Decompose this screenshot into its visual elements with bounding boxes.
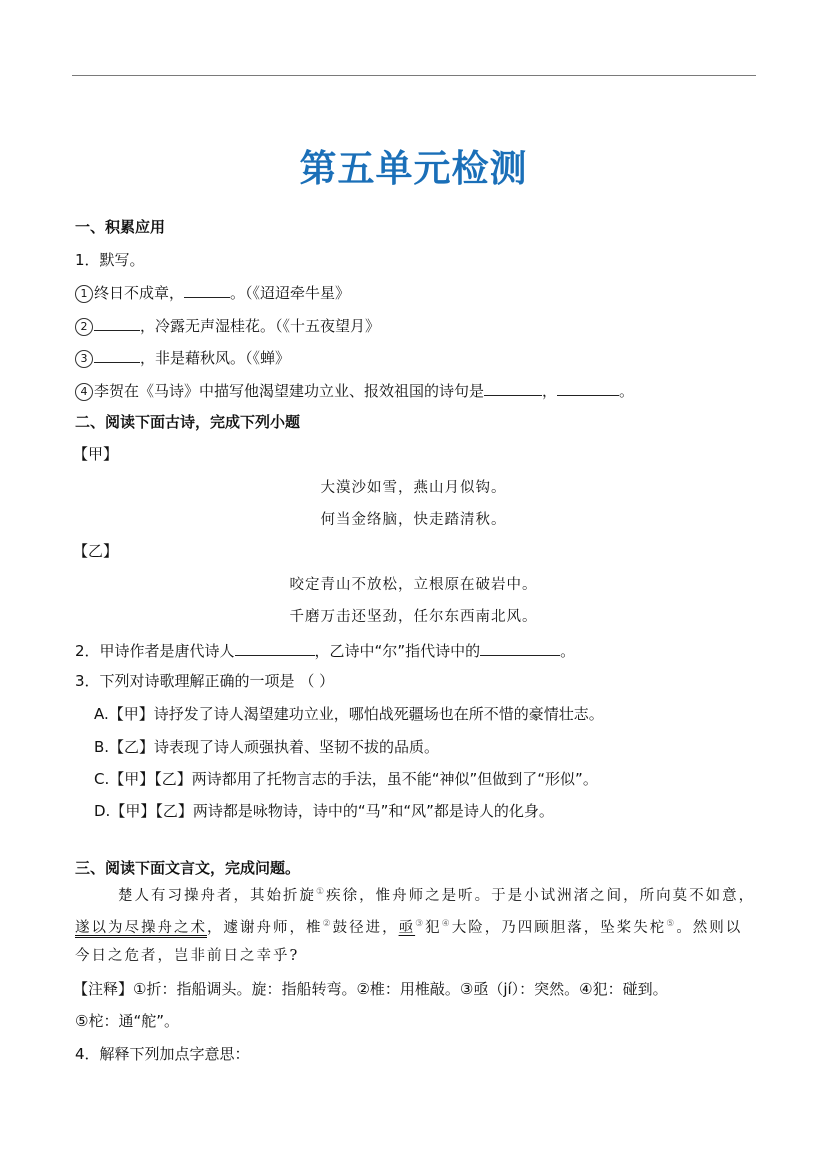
passage-line-1: 楚人有习操舟者，其始折旋①疾徐，惟舟师之是听。于是小试洲渚之间，所向莫不如意， xyxy=(118,882,755,906)
q3-stem: 3．下列对诗歌理解正确的一项是 （ ） xyxy=(75,671,334,691)
circled-number: 3 xyxy=(75,350,93,368)
poem-a-line-2: 何当金络脑，快走踏清秋。 xyxy=(0,510,827,530)
poem-b-line-1: 咬定青山不放松，立根原在破岩中。 xyxy=(0,575,827,595)
section1-heading: 一、积累应用 xyxy=(75,217,165,237)
circled-number: 2 xyxy=(75,318,93,336)
passage-line-3: 今日之危者，岂非前日之幸乎? xyxy=(75,946,299,966)
q1-stem: 1．默写。 xyxy=(75,250,145,270)
section3-heading: 三、阅读下面文言文，完成问题。 xyxy=(75,858,300,878)
poem-b-label: 【乙】 xyxy=(73,541,118,561)
circled-number: 1 xyxy=(75,285,93,303)
q3-option-d[interactable]: D.【甲】【乙】两诗都是咏物诗，诗中的“马”和“风”都是诗人的化身。 xyxy=(94,801,554,821)
q3-option-c[interactable]: C.【甲】【乙】两诗都用了托物言志的手法，虽不能“神似”但做到了“形似”。 xyxy=(94,769,598,789)
q2: 2．甲诗作者是唐代诗人，乙诗中“尔”指代诗中的。 xyxy=(75,640,575,661)
answer-blank[interactable] xyxy=(235,640,315,656)
underlined-phrase: 遂以为尽操舟之术 xyxy=(75,920,207,936)
q3-option-a[interactable]: A.【甲】诗抒发了诗人渴望建功立业，哪怕战死疆场也在所不惜的豪情壮志。 xyxy=(94,704,604,724)
answer-blank[interactable] xyxy=(184,282,230,298)
circled-number: 4 xyxy=(75,383,93,401)
poem-b-line-2: 千磨万击还坚劲，任尔东西南北风。 xyxy=(0,607,827,627)
passage-line-2: 遂以为尽操舟之术，遽谢舟师，椎②鼓径进，亟③犯④大险，乃四顾胆落，坠桨失柁⑤。然… xyxy=(75,914,742,938)
q1-item-4: 4李贺在《马诗》中描写他渴望建功立业、报效祖国的诗句是，。 xyxy=(75,380,634,401)
q1-item-1: 1终日不成章，。（《迢迢牵牛星》 xyxy=(75,282,350,303)
answer-blank[interactable] xyxy=(94,315,140,331)
answer-blank[interactable] xyxy=(94,347,140,363)
poem-a-label: 【甲】 xyxy=(73,444,118,464)
poem-a-line-1: 大漠沙如雪，燕山月似钩。 xyxy=(0,478,827,498)
answer-blank[interactable] xyxy=(480,640,560,656)
section2-heading: 二、阅读下面古诗，完成下列小题 xyxy=(75,412,300,432)
answer-blank[interactable] xyxy=(484,380,542,396)
answer-blank[interactable] xyxy=(557,380,619,396)
q4-stem: 4．解释下列加点字意思： xyxy=(75,1044,250,1064)
header-rule xyxy=(72,75,756,76)
underlined-char: 亟 xyxy=(399,920,416,936)
q1-item-3: 3，非是藉秋风。（《蝉》 xyxy=(75,347,290,368)
notes-line-1: 【注释】①折：指船调头。旋：指船转弯。②椎：用椎敲。③亟（jí）：突然。④犯：碰… xyxy=(73,979,668,999)
notes-line-2: ⑤柁：通“舵”。 xyxy=(75,1011,179,1031)
q3-option-b[interactable]: B.【乙】诗表现了诗人顽强执着、坚韧不拔的品质。 xyxy=(94,737,439,757)
q1-item-2: 2，冷露无声湿桂花。（《十五夜望月》 xyxy=(75,315,380,336)
page-title: 第五单元检测 xyxy=(0,138,827,192)
